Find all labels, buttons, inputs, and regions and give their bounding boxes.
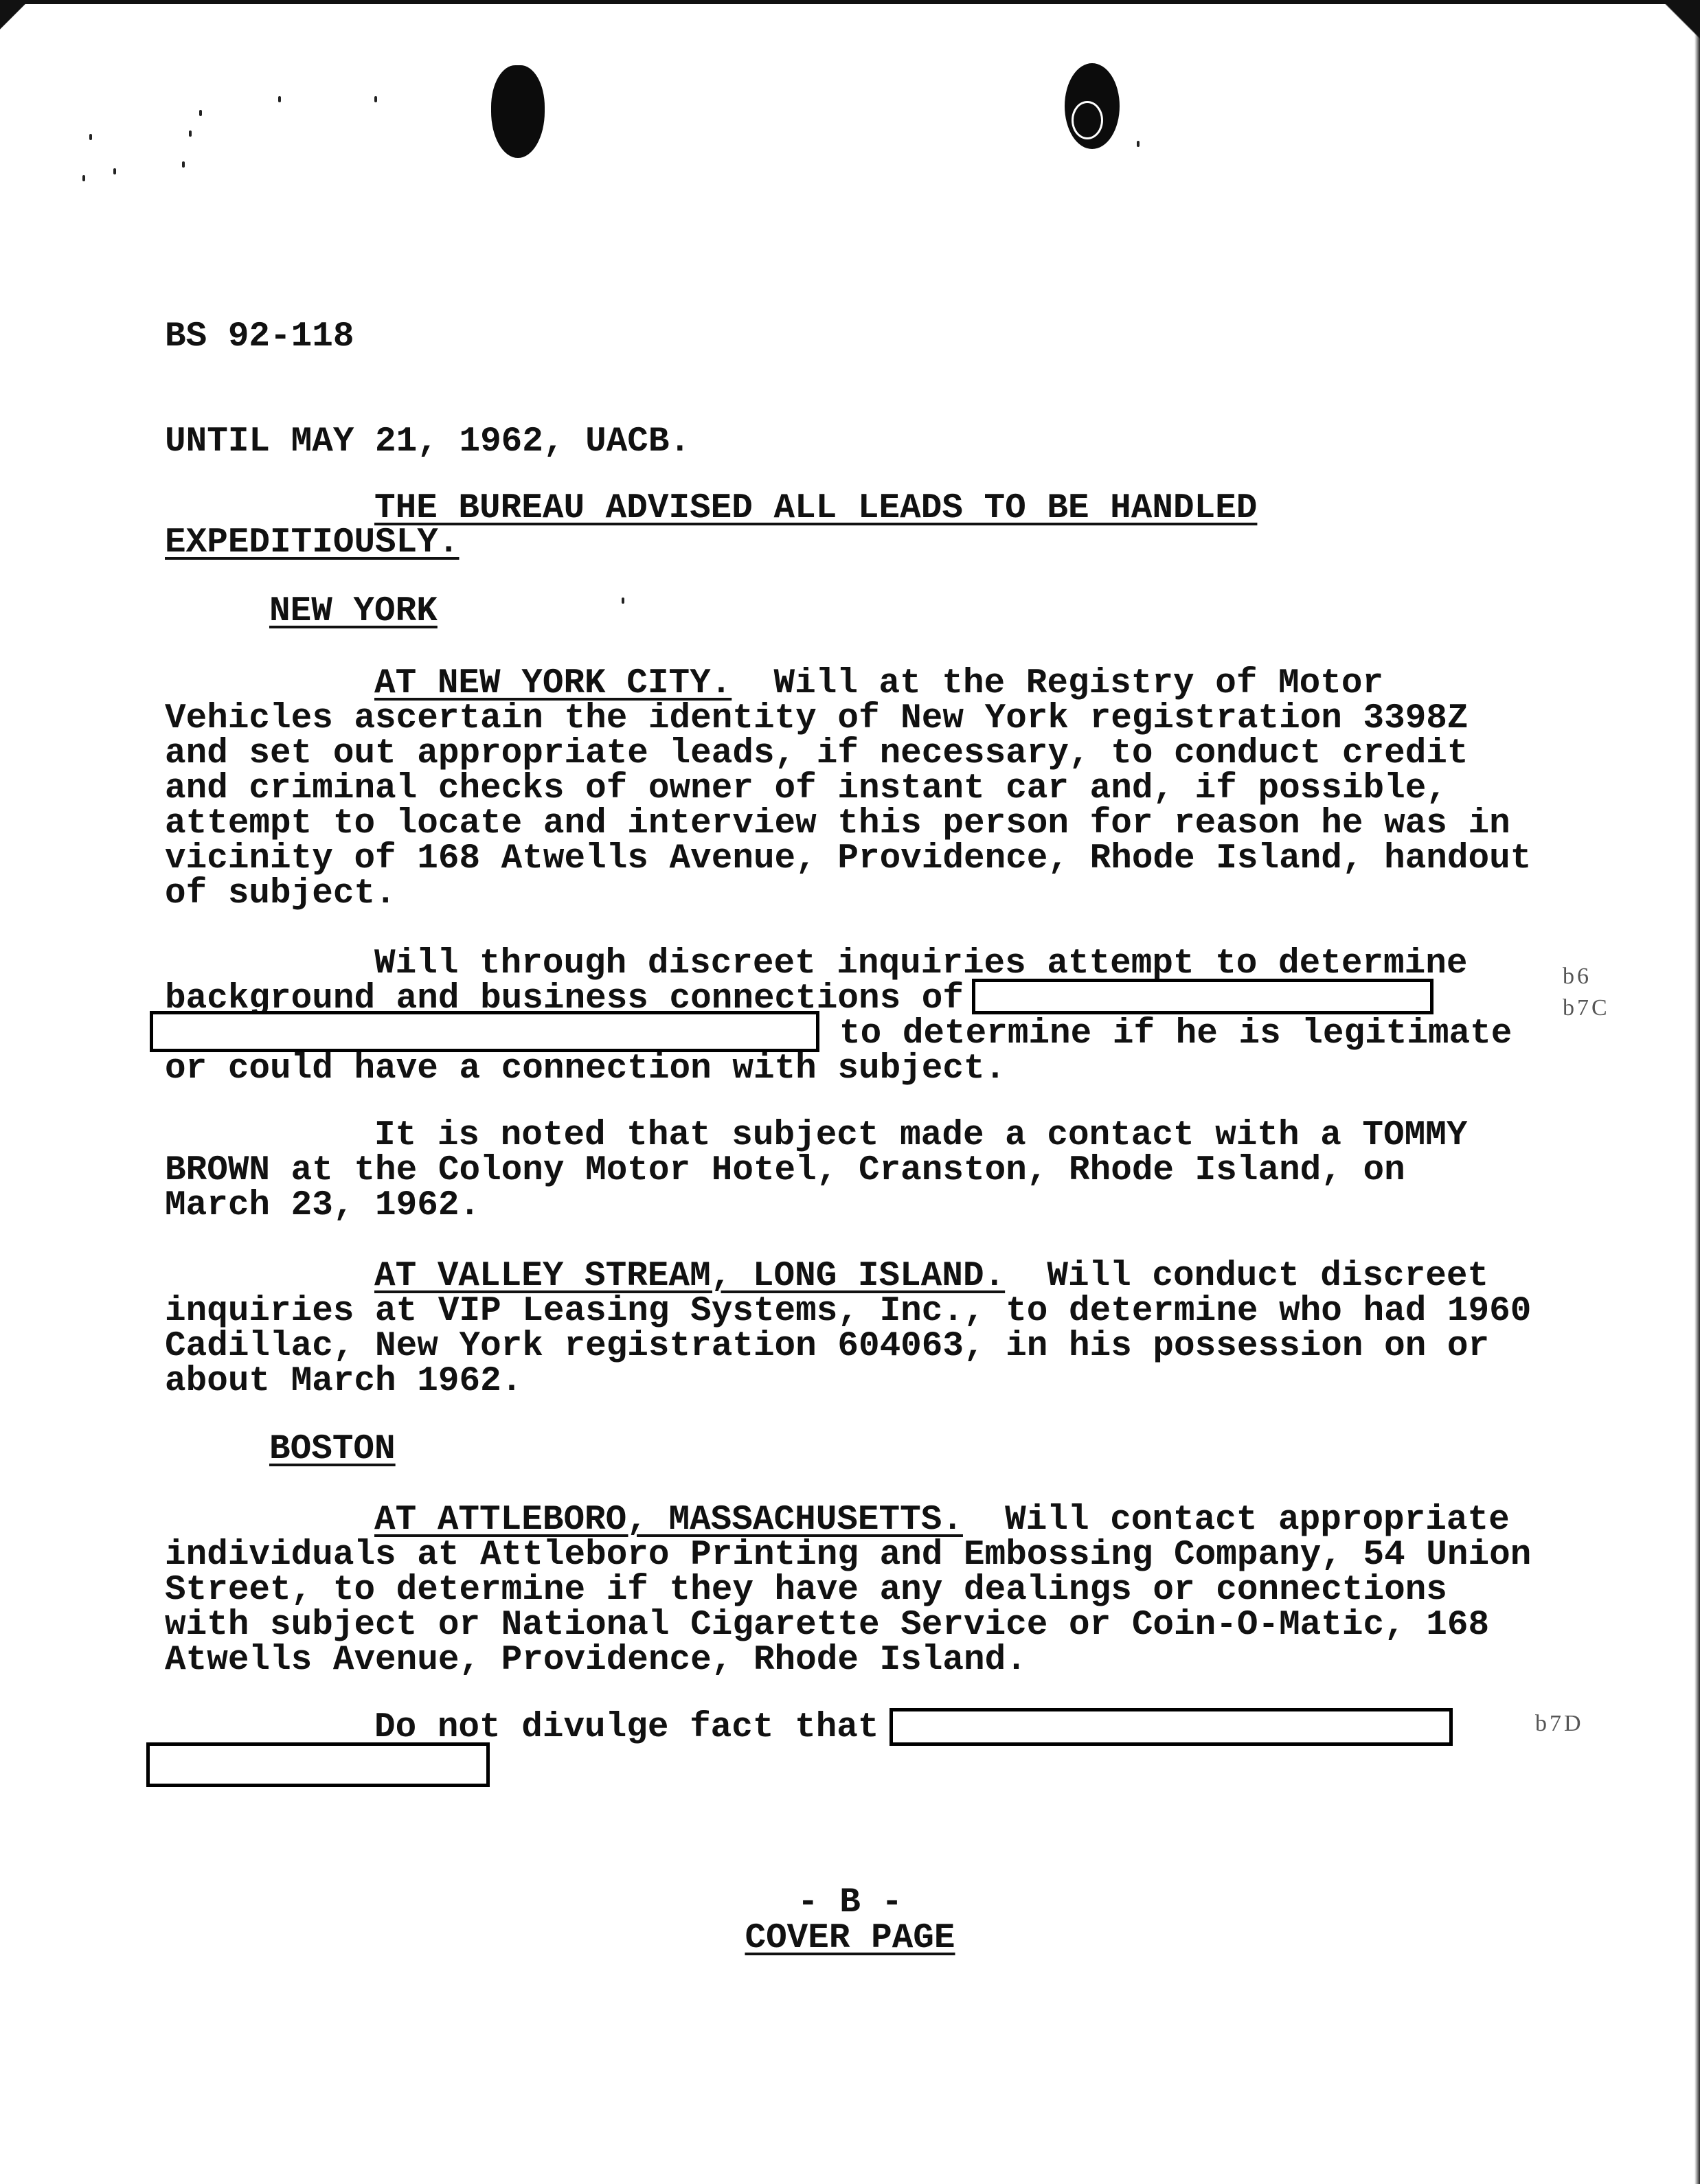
ny-lead2-line1: Will through discreet inquiries attempt …: [374, 946, 1467, 981]
bos-lead1-line: Street, to determine if they have any de…: [165, 1573, 1447, 1608]
scan-speck: [82, 175, 85, 181]
ny-lead4-line: Cadillac, New York registration 604063, …: [165, 1329, 1489, 1364]
ny-lead2-line4: or could have a connection with subject.: [165, 1051, 1006, 1087]
folded-corner-right: [1618, 0, 1700, 89]
ny-lead1-line: attempt to locate and interview this per…: [165, 806, 1510, 841]
scan-speck: [89, 134, 92, 140]
ny-lead1-line: and set out appropriate leads, if necess…: [165, 736, 1469, 771]
ny-lead1-line: Vehicles ascertain the identity of New Y…: [165, 701, 1469, 736]
ny-lead3-line1: It is noted that subject made a contact …: [374, 1118, 1467, 1153]
ny-lead1-first-line: AT NEW YORK CITY. Will at the Registry o…: [374, 666, 1383, 701]
scan-speck: [199, 110, 202, 116]
margin-note-b6: b6: [1563, 962, 1591, 992]
ny-lead3-line3: March 23, 1962.: [165, 1188, 480, 1223]
cover-page-text: COVER PAGE: [745, 1919, 955, 1958]
page-letter: - B -: [0, 1885, 1700, 1920]
scan-speck: [278, 96, 281, 102]
scan-speck: [622, 598, 624, 604]
ny-lead4-first-line: AT VALLEY STREAM, LONG ISLAND. Will cond…: [374, 1259, 1488, 1294]
ny-lead4-first-line-rest: Will conduct discreet: [1005, 1257, 1488, 1296]
bos-lead1-line: Atwells Avenue, Providence, Rhode Island…: [165, 1643, 1027, 1678]
margin-note-b7c: b7C: [1563, 993, 1610, 1023]
ny-lead1-line: vicinity of 168 Atwells Avenue, Providen…: [165, 841, 1531, 876]
redaction-box: [146, 1742, 490, 1787]
ny-lead2-line3: to determine if he is legitimate: [839, 1016, 1512, 1051]
bos-lead1-line: individuals at Attleboro Printing and Em…: [165, 1538, 1531, 1573]
ny-lead4-line: about March 1962.: [165, 1364, 522, 1399]
ny-lead4-line: inquiries at VIP Leasing Systems, Inc., …: [165, 1294, 1531, 1329]
scan-speck: [113, 168, 116, 174]
ny-lead3-line2: BROWN at the Colony Motor Hotel, Cransto…: [165, 1153, 1405, 1188]
margin-note-b7d: b7D: [1535, 1709, 1584, 1739]
punch-hole-right: [1065, 63, 1120, 149]
redaction-box: [889, 1708, 1453, 1746]
scan-edge-right: [1695, 0, 1700, 2184]
bos-lead2-line1: Do not divulge fact that: [374, 1710, 879, 1745]
ny-lead1-line: of subject.: [165, 876, 396, 911]
ny-lead1-first-line-rest: Will at the Registry of Motor: [732, 664, 1383, 703]
redaction-box: [972, 979, 1433, 1014]
section-heading-new-york: NEW YORK: [269, 594, 438, 629]
ny-lead1-line: and criminal checks of owner of instant …: [165, 771, 1447, 806]
bureau-notice-line1: THE BUREAU ADVISED ALL LEADS TO BE HANDL…: [374, 491, 1257, 526]
ny-lead1-place: AT NEW YORK CITY.: [374, 664, 732, 703]
bos-lead1-first-line: AT ATTLEBORO, MASSACHUSETTS. Will contac…: [374, 1503, 1510, 1538]
until-line: UNTIL MAY 21, 1962, UACB.: [165, 424, 690, 459]
bos-lead1-place: AT ATTLEBORO, MASSACHUSETTS.: [374, 1501, 963, 1540]
file-number: BS 92-118: [165, 319, 354, 354]
document-page: BS 92-118 UNTIL MAY 21, 1962, UACB. THE …: [0, 0, 1700, 2184]
bos-lead1-line: with subject or National Cigarette Servi…: [165, 1608, 1489, 1643]
folded-corner-left: [0, 0, 48, 48]
scan-speck: [182, 161, 185, 168]
scan-speck: [374, 96, 377, 102]
cover-page-label: COVER PAGE: [0, 1921, 1700, 1956]
scan-speck: [1137, 141, 1140, 147]
punch-hole-left: [491, 65, 545, 158]
redaction-box: [150, 1011, 819, 1052]
bureau-notice-line2: EXPEDITIOUSLY.: [165, 525, 459, 560]
section-heading-boston: BOSTON: [269, 1432, 396, 1467]
scan-edge-top: [0, 0, 1700, 4]
scan-speck: [189, 130, 192, 137]
bos-lead1-first-line-rest: Will contact appropriate: [963, 1501, 1510, 1540]
ny-lead4-place: AT VALLEY STREAM, LONG ISLAND.: [374, 1257, 1005, 1296]
